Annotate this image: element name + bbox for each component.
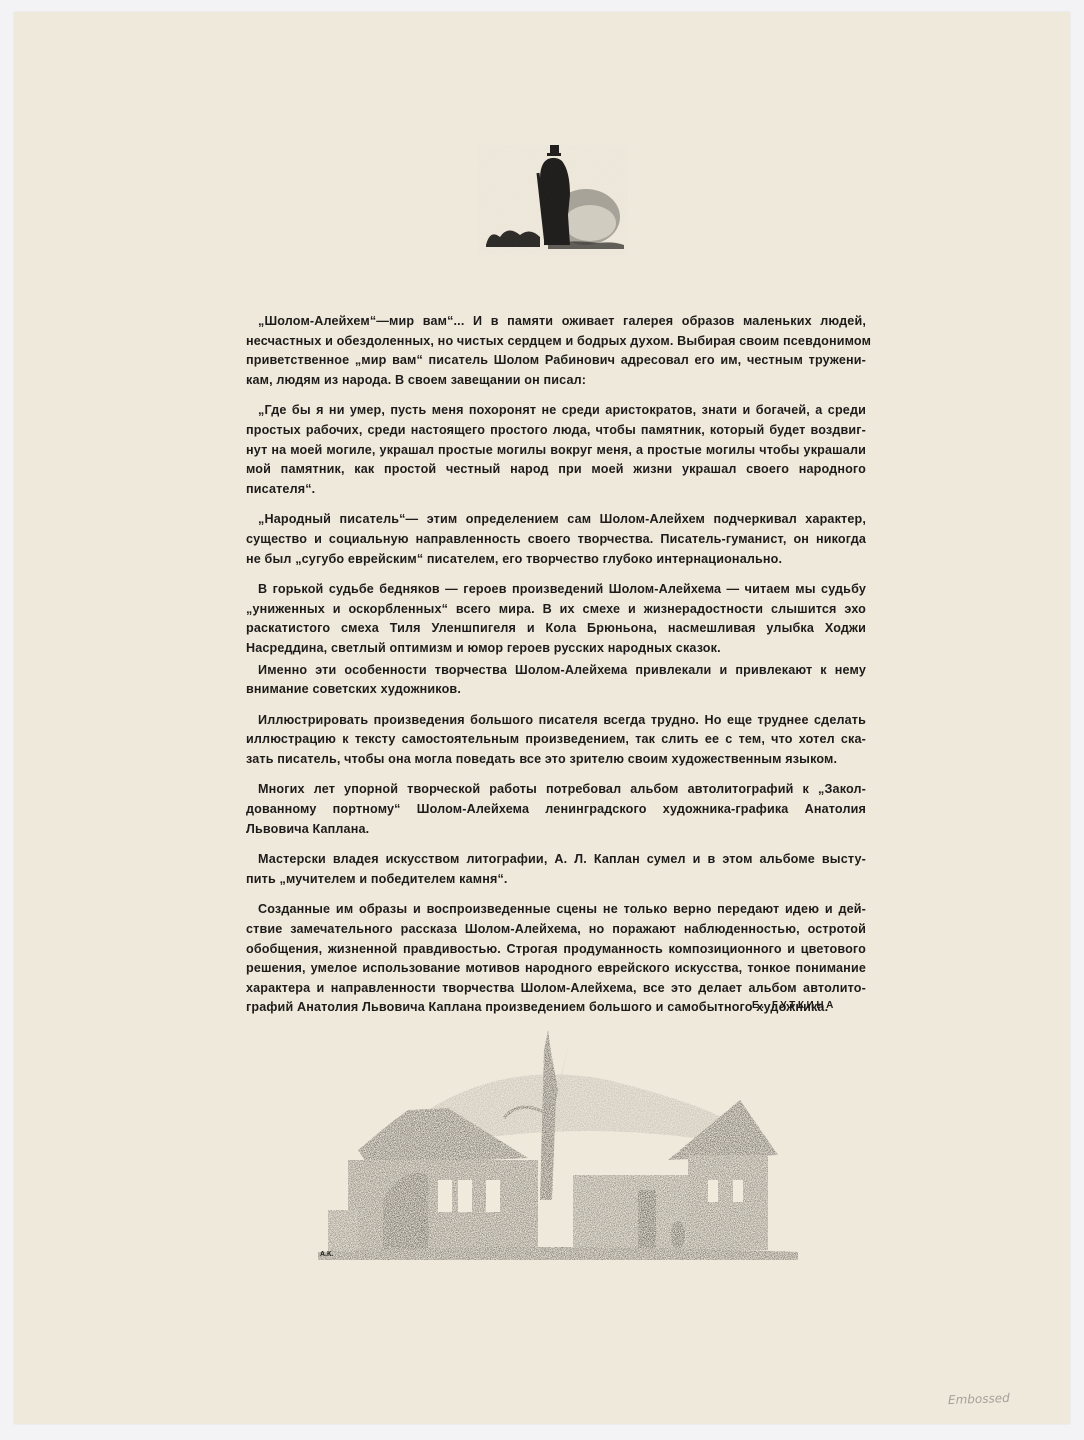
text-line: „униженных и оскорбленных“ всего мира. В… bbox=[246, 600, 866, 620]
text-line: дованному портному“ Шолом-Алейхема ленин… bbox=[246, 800, 866, 820]
text-line: приветственное „мир вам“ писатель Шолом … bbox=[246, 351, 866, 371]
text-line: Насреддина, светлый оптимизм и юмор геро… bbox=[246, 639, 866, 659]
text-line: простых рабочих, среди настоящего просто… bbox=[246, 421, 866, 441]
text-line: решения, умелое использование мотивов на… bbox=[246, 959, 866, 979]
text-line: раскатистого смеха Тиля Уленшпигеля и Ко… bbox=[246, 619, 866, 639]
essay-paragraph: Иллюстрировать произведения большого пис… bbox=[246, 711, 866, 770]
essay-body: „Шолом-Алейхем“—мир вам“... И в памяти о… bbox=[246, 312, 866, 1029]
text-line: характера и направленности творчества Шо… bbox=[246, 979, 866, 999]
text-line: иллюстрацию к тексту самостоятельным про… bbox=[246, 730, 866, 750]
artist-monogram: А.К. bbox=[320, 1251, 333, 1258]
essay-paragraph: „Где бы я ни умер, пусть меня похоронят … bbox=[246, 401, 866, 499]
author-signature: Е. ГУТКИНА bbox=[752, 1000, 836, 1011]
essay-paragraph: Многих лет упорной творческой работы пот… bbox=[246, 780, 866, 839]
top-illustration-silhouette bbox=[478, 145, 628, 255]
text-line: зать писатель, чтобы она могла поведать … bbox=[246, 750, 866, 770]
text-line: Мастерски владея искусством литографии, … bbox=[246, 850, 866, 870]
text-line: не был „сугубо еврейским“ писателем, его… bbox=[246, 550, 866, 570]
text-line: обобщения, жизненной правдивостью. Строг… bbox=[246, 940, 866, 960]
text-line: Именно эти особенности творчества Шолом-… bbox=[246, 661, 866, 681]
text-line: „Где бы я ни умер, пусть меня похоронят … bbox=[246, 401, 866, 421]
text-line: существо и социальную направленность сво… bbox=[246, 530, 866, 550]
text-line: Многих лет упорной творческой работы пот… bbox=[246, 780, 866, 800]
text-line: В горькой судьбе бедняков — героев произ… bbox=[246, 580, 866, 600]
essay-paragraph: „Народный писатель“— этим определением с… bbox=[246, 510, 866, 569]
text-line: кам, людям из народа. В своем завещании … bbox=[246, 371, 866, 391]
essay-paragraph: В горькой судьбе бедняков — героев произ… bbox=[246, 580, 866, 658]
pencil-annotation: Embossed bbox=[948, 1391, 1010, 1407]
essay-paragraph: Мастерски владея искусством литографии, … bbox=[246, 850, 866, 889]
text-line: Львовича Каплана. bbox=[246, 820, 866, 840]
essay-paragraph: Именно эти особенности творчества Шолом-… bbox=[246, 661, 866, 700]
text-line: нут на моей могиле, украшал простые моги… bbox=[246, 441, 866, 461]
text-line: внимание советских художников. bbox=[246, 680, 866, 700]
text-line: мой памятник, как простой честный народ … bbox=[246, 460, 866, 480]
text-line: „Шолом-Алейхем“—мир вам“... И в памяти о… bbox=[246, 312, 866, 332]
essay-paragraph: „Шолом-Алейхем“—мир вам“... И в памяти о… bbox=[246, 312, 866, 390]
text-line: несчастных и обездоленных, но чистых сер… bbox=[246, 332, 866, 352]
text-line: Иллюстрировать произведения большого пис… bbox=[246, 711, 866, 731]
text-line: „Народный писатель“— этим определением с… bbox=[246, 510, 866, 530]
text-line: писателя“. bbox=[246, 480, 866, 500]
text-line: ствие замечательного рассказа Шолом-Алей… bbox=[246, 920, 866, 940]
text-line: Созданные им образы и воспроизведенные с… bbox=[246, 900, 866, 920]
bottom-illustration-village-houses: А.К. bbox=[308, 1030, 798, 1265]
text-line: пить „мучителем и победителем камня“. bbox=[246, 870, 866, 890]
